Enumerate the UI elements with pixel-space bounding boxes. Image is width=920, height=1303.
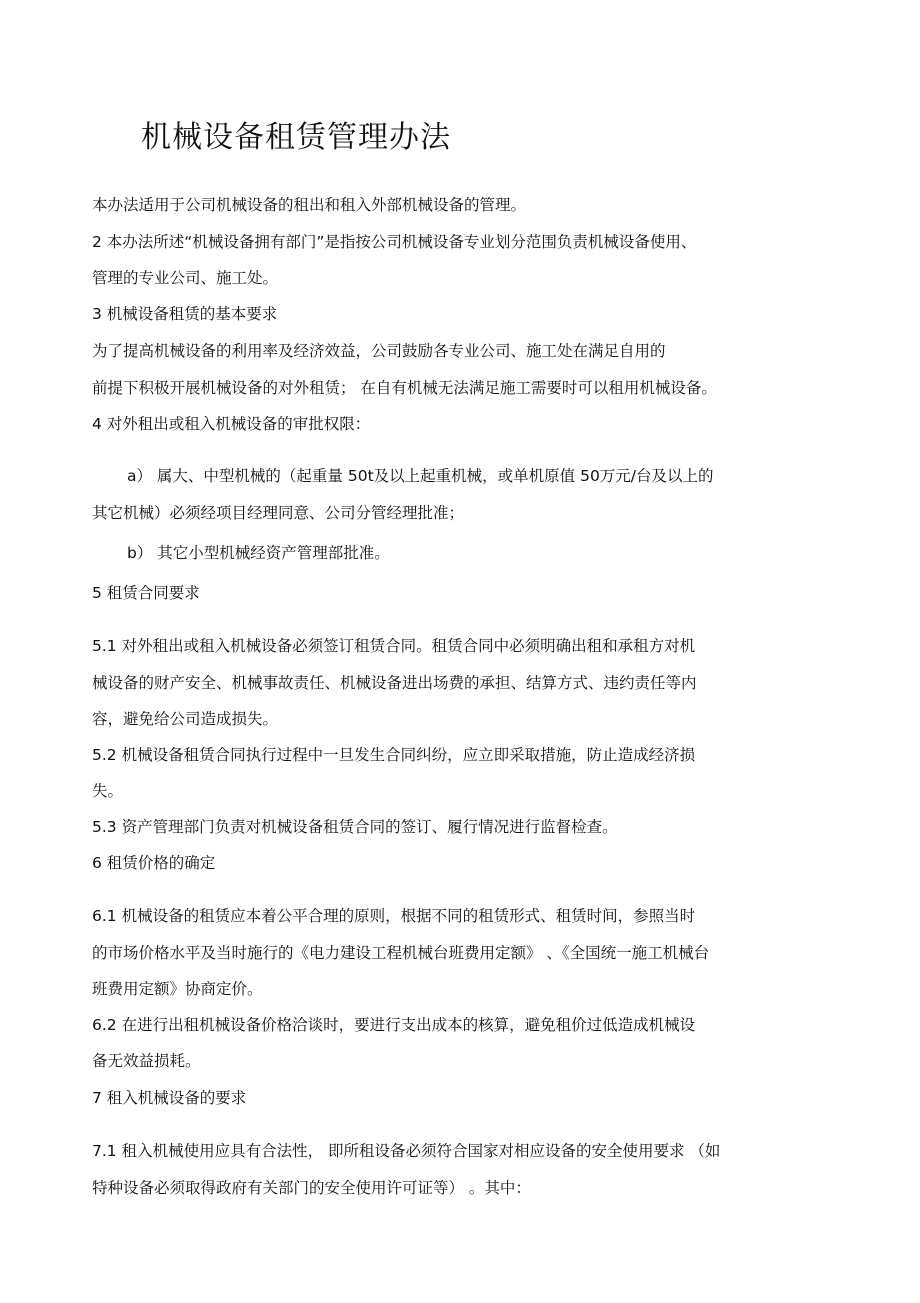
paragraph-line: 5.1 对外租出或租入机械设备必须签订租赁合同。租赁合同中必须明确出租和承租方对… [92, 636, 695, 656]
document-title: 机械设备租赁管理办法 [141, 118, 451, 158]
paragraph-line: 失。 [92, 781, 123, 801]
document-page: 机械设备租赁管理办法 本办法适用于公司机械设备的租出和租入外部机械设备的管理。 … [0, 0, 920, 1303]
section-heading: 4 对外租出或租入机械设备的审批权限： [92, 414, 370, 434]
paragraph-line: 管理的专业公司、施工处。 [92, 268, 278, 288]
paragraph-line: 班费用定额》协商定价。 [92, 979, 263, 999]
paragraph-line: 前提下积极开展机械设备的对外租赁； 在自有机械无法满足施工需要时可以租用机械设备… [92, 378, 717, 398]
section-heading: 7 租入机械设备的要求 [92, 1088, 246, 1108]
paragraph-line: 为了提高机械设备的利用率及经济效益，公司鼓励各专业公司、施工处在满足自用的 [92, 341, 666, 361]
list-item: b） 其它小型机械经资产管理部批准。 [127, 543, 390, 563]
section-heading: 5 租赁合同要求 [92, 583, 200, 603]
paragraph-line: 其它机械）必须经项目经理同意、公司分管经理批准； [92, 503, 464, 523]
paragraph-line: 5.3 资产管理部门负责对机械设备租赁合同的签订、履行情况进行监督检查。 [92, 817, 618, 837]
paragraph-line: 容，避免给公司造成损失。 [92, 709, 278, 729]
paragraph-line: 特种设备必须取得政府有关部门的安全使用许可证等） 。其中： [92, 1178, 531, 1198]
paragraph-line: 5.2 机械设备租赁合同执行过程中一旦发生合同纠纷，应立即采取措施，防止造成经济… [92, 745, 695, 765]
paragraph-line: 7.1 租入机械使用应具有合法性， 即所租设备必须符合国家对相应设备的安全使用要… [92, 1141, 720, 1161]
list-item: a） 属大、中型机械的（起重量 50t及以上起重机械，或单机原值 50万元/台及… [127, 466, 714, 486]
section-heading: 6 租赁价格的确定 [92, 853, 215, 873]
paragraph-line: 械设备的财产安全、机械事故责任、机械设备进出场费的承担、结算方式、违约责任等内 [92, 673, 697, 693]
paragraph-line: 本办法适用于公司机械设备的租出和租入外部机械设备的管理。 [92, 195, 526, 215]
paragraph-line: 2 本办法所述“机械设备拥有部门”是指按公司机械设备专业划分范围负责机械设备使用… [92, 232, 696, 252]
paragraph-line: 6.1 机械设备的租赁应本着公平合理的原则，根据不同的租赁形式、租赁时间，参照当… [92, 906, 695, 926]
paragraph-line: 的市场价格水平及当时施行的《电力建设工程机械台班费用定额》 、《全国统一施工机械… [92, 943, 709, 963]
section-heading: 3 机械设备租赁的基本要求 [92, 304, 277, 324]
paragraph-line: 6.2 在进行出租机械设备价格洽谈时，要进行支出成本的核算，避免租价过低造成机械… [92, 1015, 695, 1035]
paragraph-line: 备无效益损耗。 [92, 1051, 201, 1071]
